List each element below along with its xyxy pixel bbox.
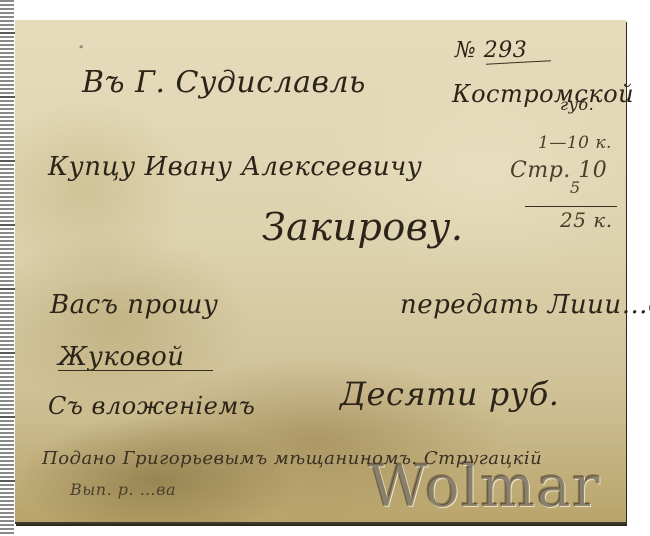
postage-note-3: 5 (570, 178, 581, 197)
postage-note-2: Стр. 10 (510, 158, 607, 183)
address-city: Въ Г. Судиславль (82, 65, 366, 100)
message-underline (58, 370, 213, 371)
address-province: Костромской (452, 80, 634, 108)
registration-number: № 293 (455, 38, 527, 63)
address-recipient-surname: Закирову. (262, 205, 463, 249)
watermark: Wolmar (368, 452, 600, 520)
message-line-4: Съ вложеніемъ (48, 392, 255, 420)
message-line-1: Васъ прошу (50, 290, 219, 320)
message-line-3: Жуковой (58, 342, 185, 372)
address-recipient-title: Купцу Ивану Алексеевичу (48, 152, 422, 182)
measurement-ruler (0, 0, 14, 536)
postage-total: 25 к. (560, 208, 613, 232)
postage-note-1: 1—10 к. (538, 133, 612, 153)
sender-line-2: Вып. р. …ва (70, 480, 176, 499)
address-province-abbr: губ. (560, 95, 594, 114)
message-line-5: Десяти руб. (340, 375, 559, 413)
ink-mark: ॰ (78, 40, 83, 54)
postage-sum-line (525, 206, 617, 207)
message-line-2: передать Лиии…дъ (400, 290, 650, 320)
